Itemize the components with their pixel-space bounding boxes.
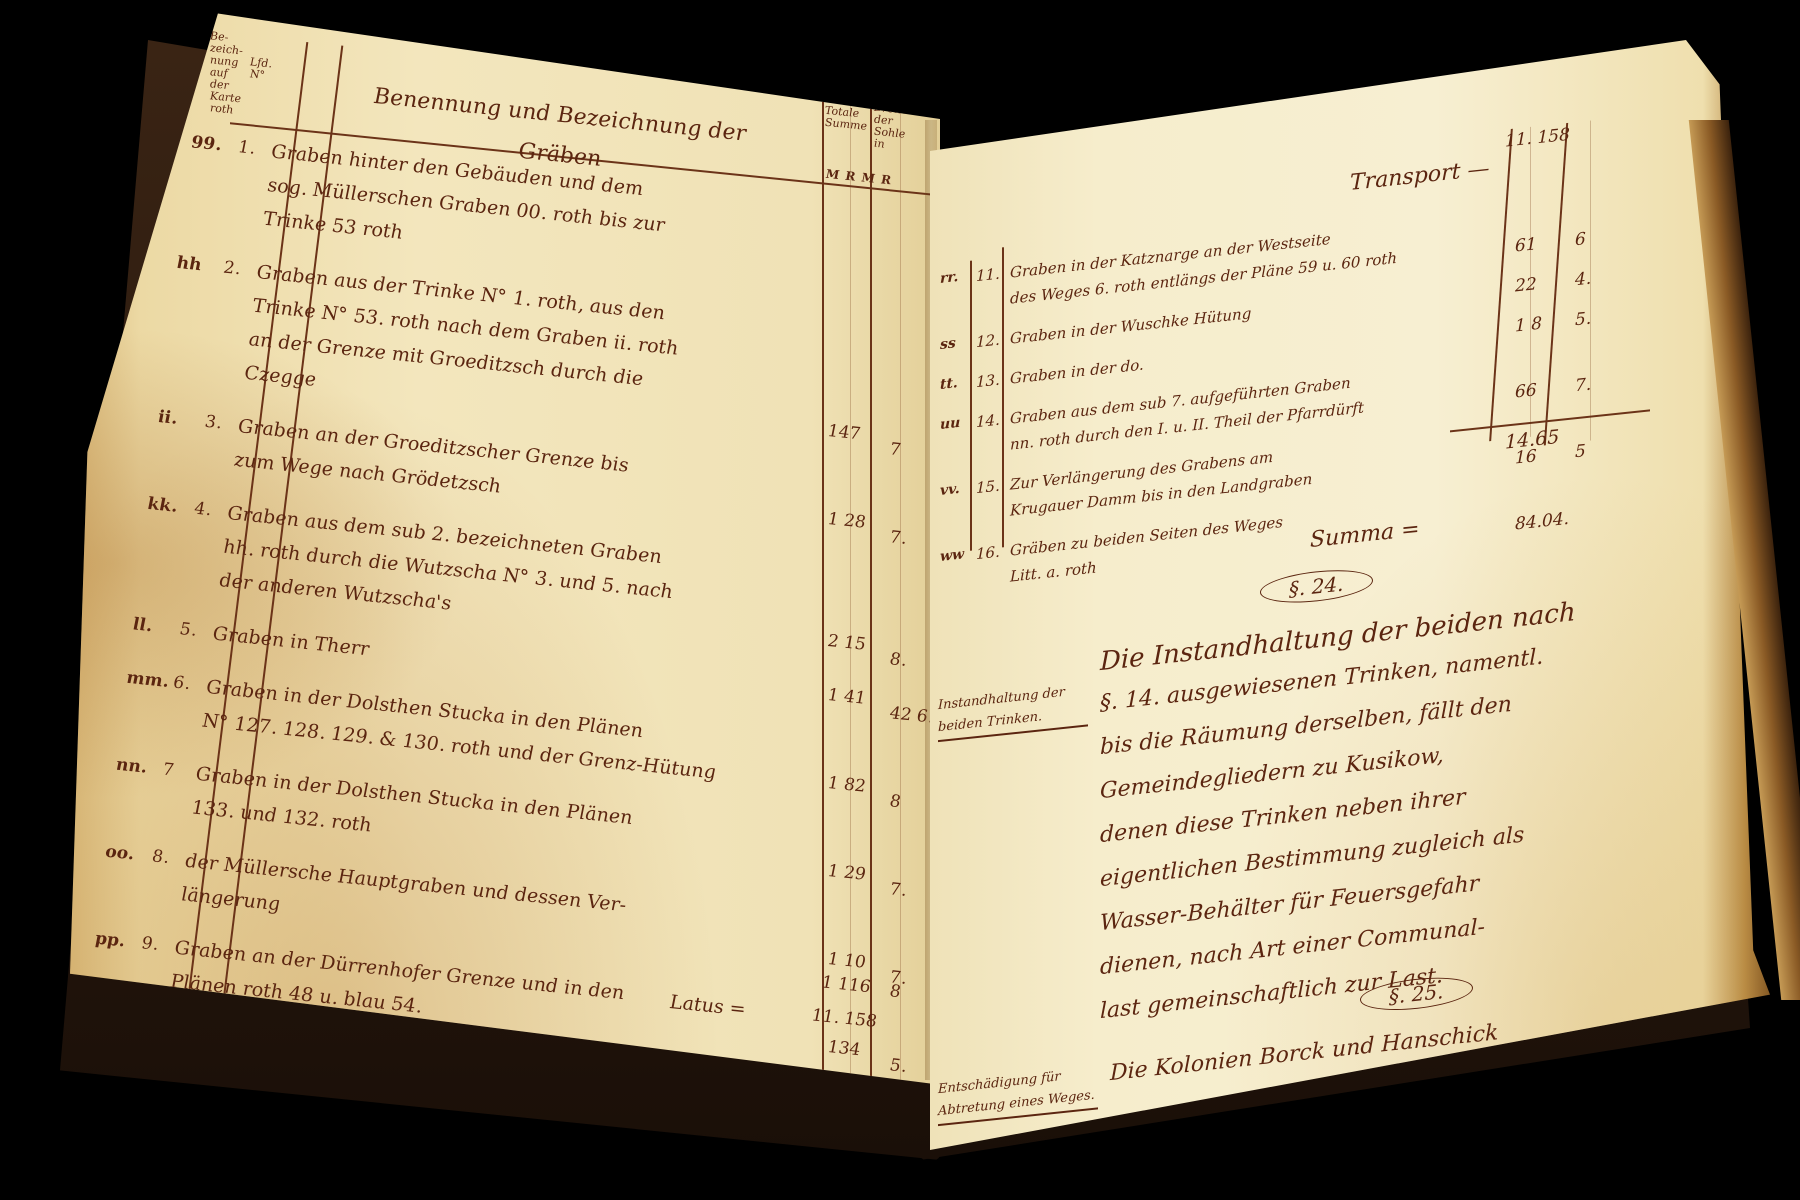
row-total: 1 82 <box>828 773 866 797</box>
row-description-line: 133. und 132. roth <box>192 796 372 836</box>
header-depth-col: Breite der Sohle in <box>874 102 914 154</box>
row-depth: 7 <box>890 439 901 460</box>
row-total: 84.04. <box>1515 509 1569 535</box>
row-margin-label: hh <box>177 253 202 276</box>
row-margin-label: ll. <box>133 614 152 636</box>
rule-total-left <box>822 84 824 1118</box>
photo-background: Be-zeich-nung auf der Karte roth Lfd. N°… <box>0 0 1800 1200</box>
row-description-line: Graben in der do. <box>1010 356 1144 388</box>
row-margin-label: ii. <box>158 407 177 429</box>
row-depth: 8 <box>890 791 901 812</box>
depth-total: 8 <box>890 981 901 1002</box>
row-depth: 5. <box>890 1055 906 1077</box>
row-margin-label: rr. <box>940 269 958 287</box>
row-margin-label: mm. <box>127 668 169 692</box>
row-depth: 7. <box>890 879 906 901</box>
rule-depth-mid <box>900 92 901 1118</box>
row-margin-label: tt. <box>940 375 958 393</box>
row-total: 1 41 <box>828 685 866 709</box>
row-description-line: längerung <box>181 883 280 915</box>
row-number: 13. <box>976 371 1000 392</box>
row-total: 1 29 <box>828 861 866 885</box>
row-margin-label: kk. <box>148 494 177 517</box>
row-number: 2. <box>224 258 240 280</box>
row-margin-label: pp. <box>95 929 125 952</box>
row-total: 1 8 <box>1515 314 1542 337</box>
row-depth: 4. <box>1575 269 1591 291</box>
header-no-col: Lfd. N° <box>250 56 274 82</box>
row-number: 3. <box>205 412 221 434</box>
summa-label: Summa = <box>1310 517 1420 554</box>
row-margin-label: ww <box>940 546 964 565</box>
row-total: 1 10 <box>828 949 866 973</box>
row-total: 147 <box>828 421 860 444</box>
row-total: 66 <box>1515 380 1537 402</box>
right-page: Transport — 11. 158 rr.11.Graben in der … <box>930 40 1770 1150</box>
latus-label: Latus = <box>670 991 746 1021</box>
right-page-content: Transport — 11. 158 rr.11.Graben in der … <box>930 40 1770 1150</box>
row-number: 9. <box>142 933 158 955</box>
row-total: 22 <box>1515 274 1537 296</box>
row-description-line: Trinke 53 roth <box>263 208 402 244</box>
row-description-line: Czegge <box>245 362 316 391</box>
row-total: 1 28 <box>828 509 866 533</box>
row-number: 11. <box>976 265 1000 286</box>
row-number: 6. <box>174 673 190 695</box>
transport-value: 11. 158 <box>1505 125 1570 152</box>
row-number: 4. <box>195 499 211 521</box>
row-margin-label: oo. <box>105 842 133 865</box>
left-page-content: Be-zeich-nung auf der Karte roth Lfd. N°… <box>70 8 940 1118</box>
row-depth: 5 <box>1575 441 1586 462</box>
rule-depth-left <box>870 89 872 1118</box>
section-25-side-heading: Entschädigung für Abtretung eines Weges. <box>938 1062 1098 1126</box>
row-total: 134 <box>828 1037 860 1060</box>
row-depth: 6 <box>1575 229 1586 250</box>
row-description-line: Gräben zu beiden Seiten des Weges <box>1010 513 1283 560</box>
row-number: 5. <box>180 619 196 641</box>
row-number: 15. <box>976 477 1000 498</box>
rp-rule-depth-left <box>1544 123 1568 446</box>
row-total: 61 <box>1515 234 1537 256</box>
row-description-line: Graben in Therr <box>213 623 369 661</box>
rp-rule-total-left <box>1489 129 1513 441</box>
row-description-line: Graben in der Wuschke Hütung <box>1010 304 1251 347</box>
row-margin-label: vv. <box>940 481 960 499</box>
row-number: 8. <box>152 846 168 868</box>
row-depth: 8. <box>890 649 906 671</box>
row-number: 1. <box>239 137 255 159</box>
row-depth: 5. <box>1575 309 1591 331</box>
section-24-side-heading: Instandhaltung der beiden Trinken. <box>938 679 1088 742</box>
section-24-number: §. 24. <box>1260 565 1373 607</box>
row-margin-label: 99. <box>192 132 222 155</box>
row-depth: 7. <box>1575 375 1591 397</box>
row-number: 14. <box>976 411 1000 432</box>
header-total-col: Totale Summe <box>825 105 865 133</box>
subtotal-upper: 1 116 <box>822 972 871 997</box>
transport-label: Transport — <box>1350 156 1489 196</box>
row-number: 7 <box>163 759 174 780</box>
rp-rule-margin <box>970 261 972 551</box>
row-margin-label: uu <box>940 415 960 433</box>
left-page: Be-zeich-nung auf der Karte roth Lfd. N°… <box>70 8 940 1118</box>
row-number: 12. <box>976 331 1000 352</box>
summa-value: 14.65 <box>1505 426 1559 454</box>
row-depth: 7. <box>890 527 906 549</box>
header-margin-col: Be-zeich-nung auf der Karte roth <box>210 30 244 117</box>
row-number: 16. <box>976 543 1000 564</box>
rp-rule-no <box>1002 247 1004 547</box>
row-description-line: Litt. a. roth <box>1010 558 1097 585</box>
row-margin-label: ss <box>940 335 956 353</box>
row-total: 2 15 <box>828 631 866 655</box>
row-margin-label: nn. <box>116 755 147 778</box>
